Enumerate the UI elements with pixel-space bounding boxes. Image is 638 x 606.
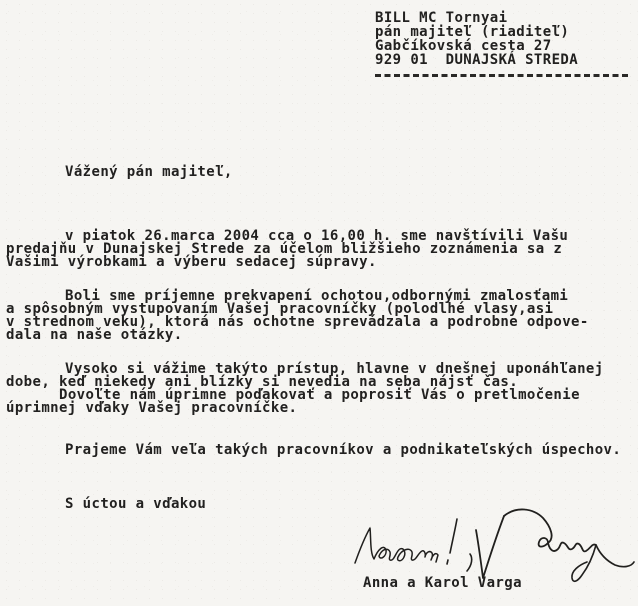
recipient-city: 929 01 DUNAJSKÁ STREDA: [375, 53, 630, 67]
closing-text: S úctou a vďakou: [65, 498, 206, 511]
paragraph-line: dala na naše otázky.: [6, 329, 589, 342]
recipient-block: BILL MC Tornyai pán majiteľ (riaditeľ) G…: [375, 11, 630, 77]
paragraph-line: úprimnej vďaky Vašej pracovníčke.: [6, 402, 604, 415]
paragraph-1: v piatok 26.marca 2004 cca o 16,00 h. sm…: [6, 230, 568, 269]
dashed-underline: [375, 74, 630, 77]
paragraph-3: Vysoko si vážime takýto prístup, hlavne …: [6, 363, 604, 415]
salutation: Vážený pán majiteľ,: [65, 166, 233, 179]
recipient-street: Gabčíkovská cesta 27: [375, 39, 630, 53]
paragraph-4: Prajeme Vám veľa takých pracovníkov a po…: [65, 444, 621, 457]
signature-v-stroke: [476, 516, 504, 578]
recipient-name: BILL MC Tornyai: [375, 11, 630, 25]
signature-exclamation-stroke: [447, 519, 457, 564]
signature-comma-stroke: [467, 554, 472, 571]
closing: S úctou a vďakou: [65, 498, 206, 511]
paragraph-2: Boli sme príjemne prekvapení ochotou,odb…: [6, 290, 589, 342]
salutation-text: Vážený pán majiteľ,: [65, 166, 233, 179]
paragraph-line: Prajeme Vám veľa takých pracovníkov a po…: [65, 444, 621, 457]
recipient-title: pán majiteľ (riaditeľ): [375, 25, 630, 39]
signature-name-text: Anna a Karol Varga: [363, 577, 522, 590]
signature-typed-name: Anna a Karol Varga: [363, 577, 522, 590]
signature-word-stroke: [355, 528, 438, 563]
signature-tail-stroke: [596, 545, 634, 567]
signature-arc-stroke: [504, 509, 596, 551]
paragraph-line: Vašimi výrobkami a výberu sedacej súprav…: [6, 256, 568, 269]
letter-page: BILL MC Tornyai pán majiteľ (riaditeľ) G…: [0, 0, 638, 606]
